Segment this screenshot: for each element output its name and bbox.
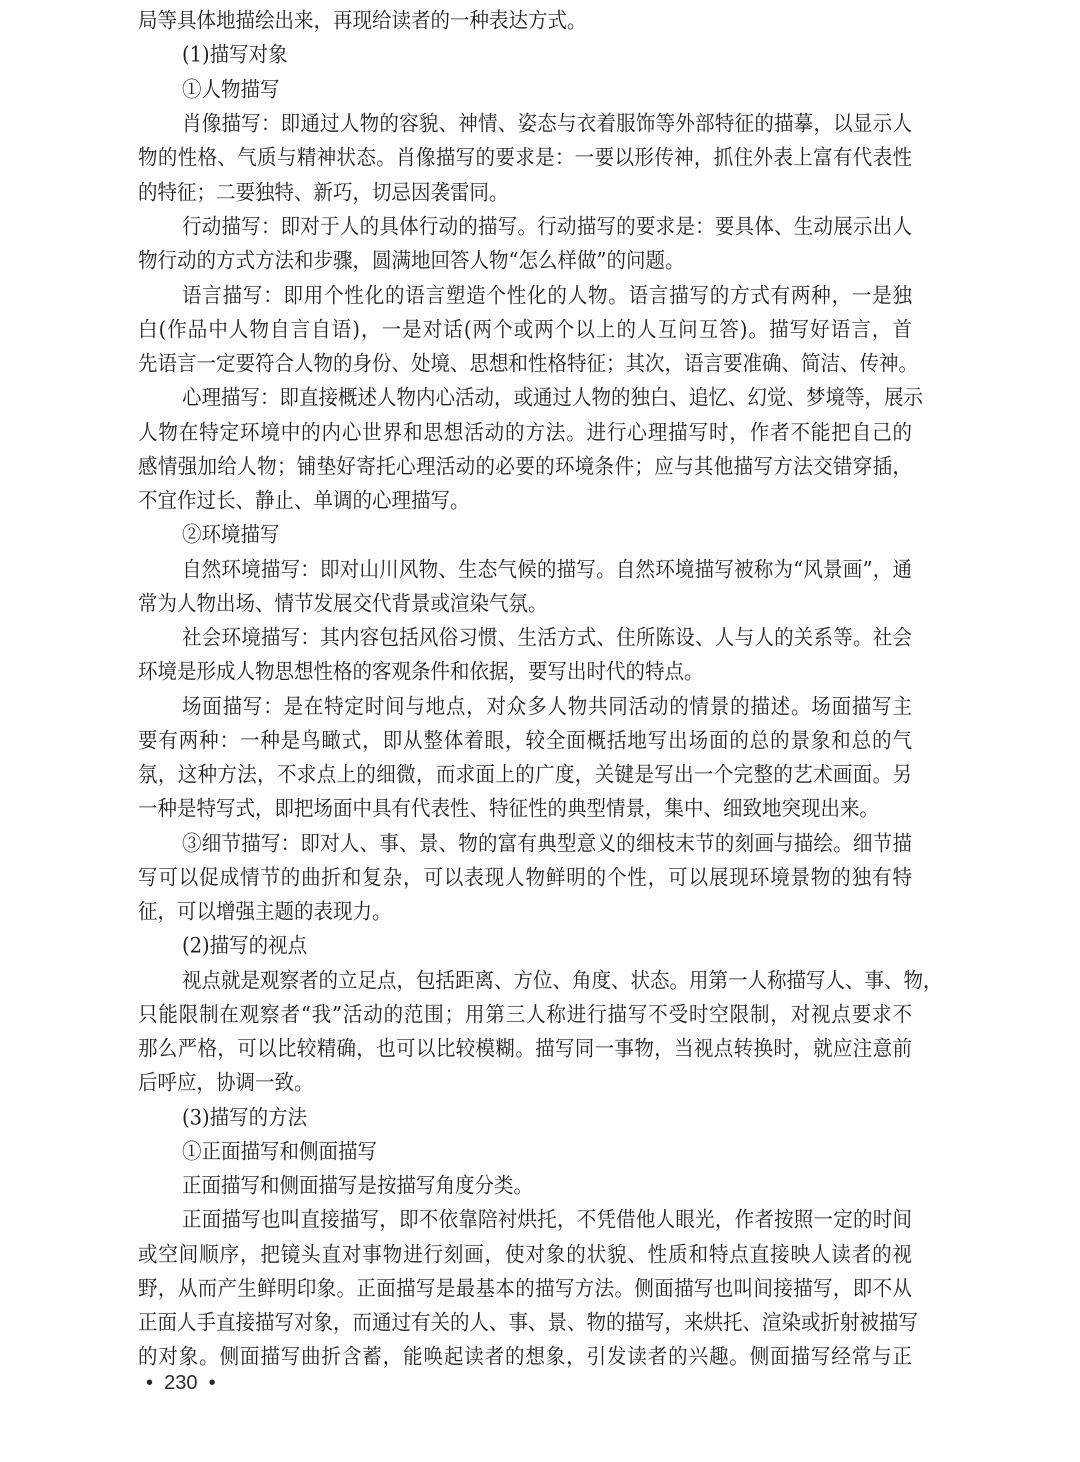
page-number: • 230 • — [146, 1368, 216, 1398]
book-page: 局等具体地描绘出来，再现给读者的一种表达方式。(1)描写对象①人物描写肖像描写：… — [0, 0, 1080, 1462]
text-line: 正面人手直接描写对象，而通过有关的人、事、景、物的描写，来烘托、渲染或折射被描写 — [138, 1305, 912, 1342]
text-line: 正面描写和侧面描写是按描写角度分类。 — [182, 1168, 912, 1205]
text-line: 场面描写：是在特定时间与地点，对众多人物共同活动的情景的描述。场面描写主 — [182, 689, 912, 726]
text-line: 白(作品中人物自言自语)，一是对话(两个或两个以上的人互问互答)。描写好语言，首 — [138, 312, 912, 349]
text-line: 常为人物出场、情节发展交代背景或渲染气氛。 — [138, 586, 912, 623]
text-line: 肖像描写：即通过人物的容貌、神情、姿态与衣着服饰等外部特征的描摹，以显示人 — [182, 106, 912, 143]
text-line: 语言描写：即用个性化的语言塑造个性化的人物。语言描写的方式有两种，一是独 — [182, 278, 912, 315]
text-line: (1)描写对象 — [182, 37, 912, 74]
text-line: 不宜作过长、静止、单调的心理描写。 — [138, 483, 912, 520]
text-line: 或空间顺序，把镜头直对事物进行刻画，使对象的状貌、性质和特点直接映人读者的视 — [138, 1237, 912, 1274]
text-line: ③细节描写：即对人、事、景、物的富有典型意义的细枝末节的刻画与描绘。细节描 — [182, 826, 912, 863]
text-line: 人物在特定环境中的内心世界和思想活动的方法。进行心理描写时，作者不能把自己的 — [138, 415, 912, 452]
text-line: (2)描写的视点 — [182, 928, 912, 965]
text-line: ①正面描写和侧面描写 — [182, 1134, 912, 1171]
text-line: 局等具体地描绘出来，再现给读者的一种表达方式。 — [138, 3, 912, 40]
text-line: 行动描写：即对于人的具体行动的描写。行动描写的要求是：要具体、生动展示出人 — [182, 209, 912, 246]
text-line: 物的性格、气质与精神状态。肖像描写的要求是：一要以形传神，抓住外表上富有代表性 — [138, 140, 912, 177]
text-line: 的特征；二要独特、新巧，切忌因袭雷同。 — [138, 175, 912, 212]
text-line: 视点就是观察者的立足点，包括距离、方位、角度、状态。用第一人称描写人、事、物， — [182, 963, 912, 1000]
text-line: 感情强加给人物；铺垫好寄托心理活动的必要的环境条件；应与其他描写方法交错穿插， — [138, 449, 912, 486]
text-line: 征，可以增强主题的表现力。 — [138, 894, 912, 931]
text-line: 写可以促成情节的曲折和复杂，可以表现人物鲜明的个性，可以展现环境景物的独有特 — [138, 860, 912, 897]
text-line: 那么严格，可以比较精确，也可以比较模糊。描写同一事物，当视点转换时，就应注意前 — [138, 1031, 912, 1068]
text-line: (3)描写的方法 — [182, 1100, 912, 1137]
text-line: ①人物描写 — [182, 72, 912, 109]
text-line: 野，从而产生鲜明印象。正面描写是最基本的描写方法。侧面描写也叫间接描写，即不从 — [138, 1271, 912, 1308]
text-line: 后呼应，协调一致。 — [138, 1065, 912, 1102]
text-line: ②环境描写 — [182, 517, 912, 554]
text-line: 氛，这种方法，不求点上的细微，而求面上的广度，关键是写出一个完整的艺术画面。另 — [138, 757, 912, 794]
text-line: 环境是形成人物思想性格的客观条件和依据，要写出时代的特点。 — [138, 654, 912, 691]
text-line: 物行动的方式方法和步骤，圆满地回答人物“怎么样做”的问题。 — [138, 243, 912, 280]
text-line: 只能限制在观察者“我”活动的范围；用第三人称进行描写不受时空限制，对视点要求不 — [138, 997, 912, 1034]
text-line: 先语言一定要符合人物的身份、处境、思想和性格特征；其次，语言要准确、简洁、传神。 — [138, 346, 912, 383]
text-line: 自然环境描写：即对山川风物、生态气候的描写。自然环境描写被称为“风景画”，通 — [182, 552, 912, 589]
text-line: 社会环境描写：其内容包括风俗习惯、生活方式、住所陈设、人与人的关系等。社会 — [182, 620, 912, 657]
text-line: 正面描写也叫直接描写，即不依靠陪衬烘托，不凭借他人眼光，作者按照一定的时间 — [182, 1202, 912, 1239]
text-line: 一种是特写式，即把场面中具有代表性、特征性的典型情景，集中、细致地突现出来。 — [138, 791, 912, 828]
text-line: 心理描写：即直接概述人物内心活动，或通过人物的独白、追忆、幻觉、梦境等，展示 — [182, 380, 912, 417]
text-line: 的对象。侧面描写曲折含蓄，能唤起读者的想象，引发读者的兴趣。侧面描写经常与正 — [138, 1339, 912, 1376]
text-line: 要有两种：一种是鸟瞰式，即从整体着眼，较全面概括地写出场面的总的景象和总的气 — [138, 723, 912, 760]
